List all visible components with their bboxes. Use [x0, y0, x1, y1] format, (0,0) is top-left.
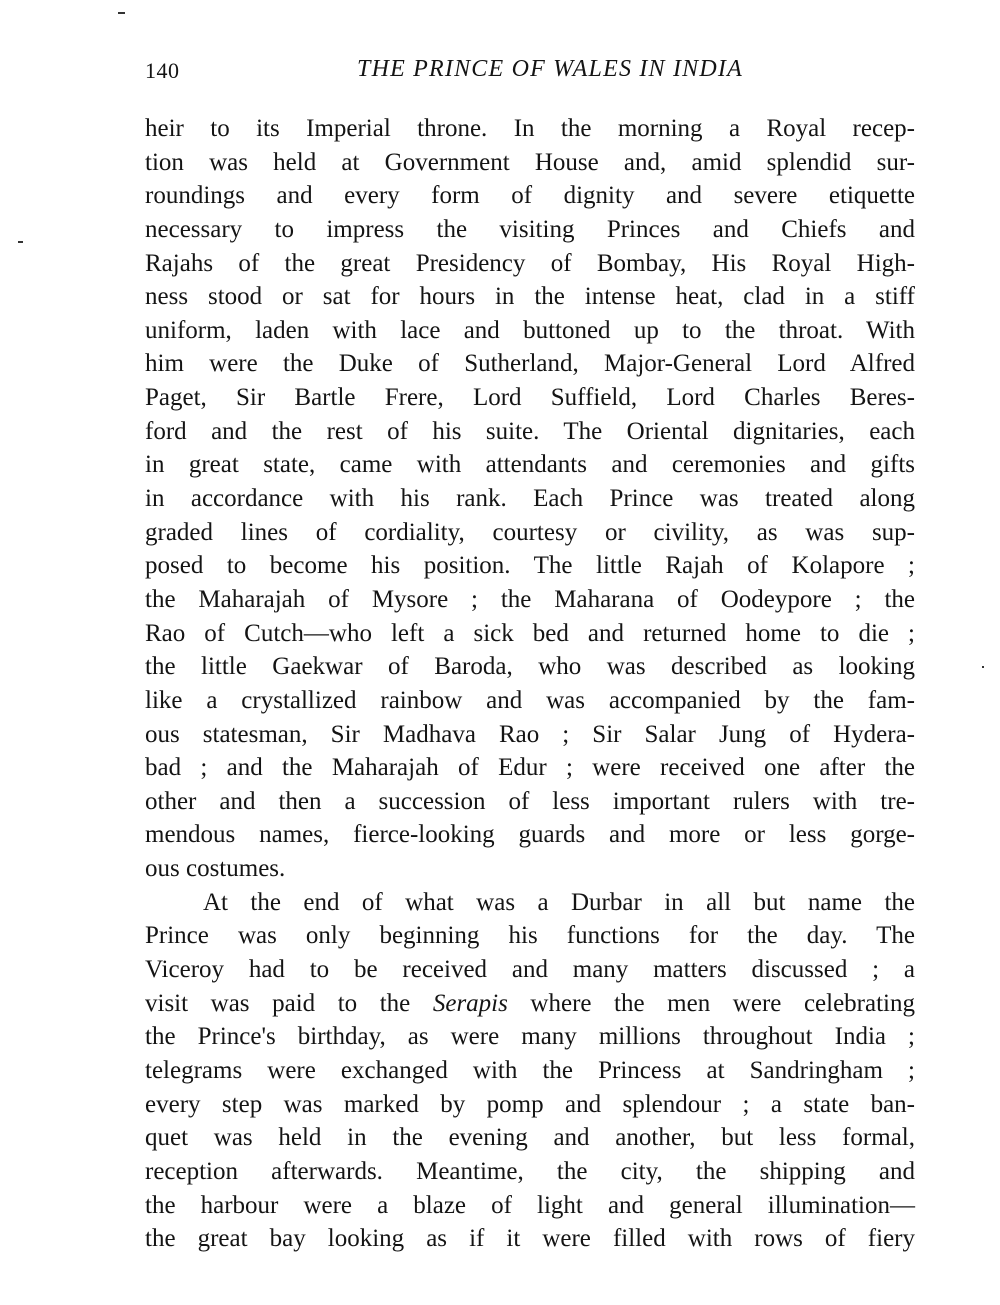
- body-text: heir to its Imperial throne. In the morn…: [145, 112, 915, 1256]
- text-line: telegrams were exchanged with the Prince…: [145, 1054, 915, 1088]
- text-line: bad ; and the Maharajah of Edur ; were r…: [145, 751, 915, 785]
- ship-name-serapis: Serapis: [433, 990, 508, 1017]
- text-line: mendous names, fierce-looking guards and…: [145, 818, 915, 852]
- text-line: in great state, came with attendants and…: [145, 448, 915, 482]
- text-line: uniform, laden with lace and buttoned up…: [145, 314, 915, 348]
- text-line: Paget, Sir Bartle Frere, Lord Suffield, …: [145, 381, 915, 415]
- text-line: Rajahs of the great Presidency of Bombay…: [145, 247, 915, 281]
- text-line: in accordance with his rank. Each Prince…: [145, 482, 915, 516]
- text-line: posed to become his position. The little…: [145, 549, 915, 583]
- text-segment: visit was paid to the: [145, 990, 433, 1017]
- text-line: the great bay looking as if it were fill…: [145, 1222, 915, 1256]
- text-line: other and then a succession of less impo…: [145, 785, 915, 819]
- paragraph-2: At the end of what was a Durbar in all b…: [145, 886, 915, 1256]
- text-line: graded lines of cordiality, courtesy or …: [145, 516, 915, 550]
- text-line: At the end of what was a Durbar in all b…: [145, 886, 915, 920]
- text-line: tion was held at Government House and, a…: [145, 146, 915, 180]
- text-line: quet was held in the evening and another…: [145, 1121, 915, 1155]
- text-line: reception afterwards. Meantime, the city…: [145, 1155, 915, 1189]
- text-line: Prince was only beginning his functions …: [145, 919, 915, 953]
- scan-mark-left: [18, 241, 23, 243]
- text-line: ness stood or sat for hours in the inten…: [145, 280, 915, 314]
- text-line: Rao of Cutch—who left a sick bed and ret…: [145, 617, 915, 651]
- text-line: heir to its Imperial throne. In the morn…: [145, 112, 915, 146]
- text-line: ford and the rest of his suite. The Orie…: [145, 415, 915, 449]
- text-line: like a crystallized rainbow and was acco…: [145, 684, 915, 718]
- text-line: necessary to impress the visiting Prince…: [145, 213, 915, 247]
- text-line: roundings and every form of dignity and …: [145, 179, 915, 213]
- scan-mark-right: [982, 666, 984, 668]
- paragraph-1: heir to its Imperial throne. In the morn…: [145, 112, 915, 886]
- text-line: the Maharajah of Mysore ; the Maharana o…: [145, 583, 915, 617]
- text-line: the harbour were a blaze of light and ge…: [145, 1189, 915, 1223]
- text-segment: where the men were celebrating: [508, 990, 915, 1017]
- text-line: every step was marked by pomp and splend…: [145, 1088, 915, 1122]
- running-head: 140 THE PRINCE OF WALES IN INDIA: [145, 52, 915, 86]
- text-line: Viceroy had to be received and many matt…: [145, 953, 915, 987]
- text-line: the little Gaekwar of Baroda, who was de…: [145, 650, 915, 684]
- text-line-with-ship-name: visit was paid to the Serapis where the …: [145, 987, 915, 1021]
- scan-mark-top: [118, 12, 125, 14]
- text-line: him were the Duke of Sutherland, Major-G…: [145, 347, 915, 381]
- text-line: ous statesman, Sir Madhava Rao ; Sir Sal…: [145, 718, 915, 752]
- running-title: THE PRINCE OF WALES IN INDIA: [145, 56, 915, 83]
- text-line: the Prince's birthday, as were many mill…: [145, 1020, 915, 1054]
- text-line: ous costumes.: [145, 852, 915, 886]
